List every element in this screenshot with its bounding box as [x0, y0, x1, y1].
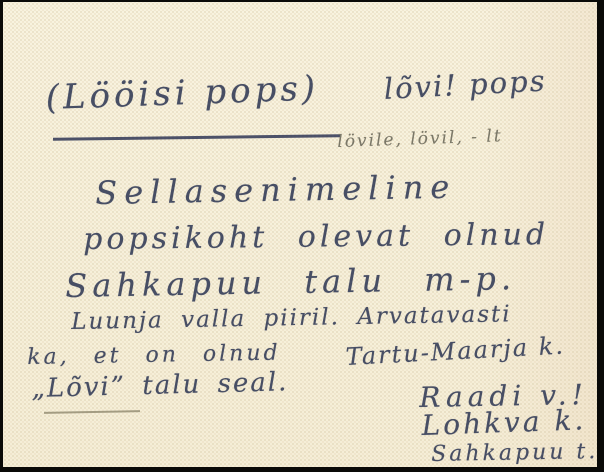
case-forms-note: lövile, lövil, - lt [337, 126, 503, 152]
heading-underline [53, 134, 340, 141]
pronunciation-note: lõvi! pops [383, 63, 547, 105]
scanned-card-image: (Lööisi pops) lõvi! pops lövile, lövil, … [0, 0, 604, 472]
body-line: Sahkapuu talu m-p. [65, 259, 516, 305]
location-line-village: Lohkva k. [421, 403, 587, 442]
location-line-parish: Tartu-Maarja k. [345, 332, 566, 371]
body-line: ka, et on olnud [27, 341, 281, 370]
pencil-underline [44, 410, 140, 414]
body-line: Luunja valla piiril. Arvatavasti [71, 301, 512, 335]
body-line: popsikoht olevat olnud [83, 217, 549, 257]
card-heading: (Lööisi pops) [45, 68, 320, 118]
body-line: „Lõvi” talu seal. [31, 367, 289, 404]
card-paper: (Lööisi pops) lõvi! pops lövile, lövil, … [3, 2, 597, 467]
location-line-farm: Sahkapuu t. [431, 439, 598, 467]
body-line: Sellasenimeline [95, 168, 457, 212]
